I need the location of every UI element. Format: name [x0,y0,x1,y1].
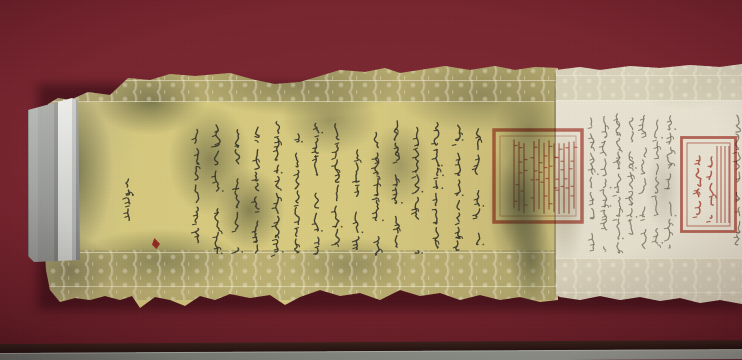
border-rule [556,292,742,293]
scroll-stained-section [44,64,558,310]
seal-right [680,136,737,233]
seal-on-joint [492,128,584,224]
brocade-border-bottom-right [556,258,742,304]
border-rule [556,258,742,259]
border-rule [44,252,558,253]
brocade-border-top-right [556,60,742,100]
brocade-border-bottom-left [44,250,558,300]
border-rule [556,100,742,101]
border-rule [556,75,742,76]
brocade-border-top-left [44,64,558,102]
border-rule [44,286,558,287]
scroll-end-flap [26,96,82,268]
border-rule [44,80,558,81]
border-rule [44,101,558,102]
scroll-document [0,0,742,360]
photograph [0,0,742,360]
